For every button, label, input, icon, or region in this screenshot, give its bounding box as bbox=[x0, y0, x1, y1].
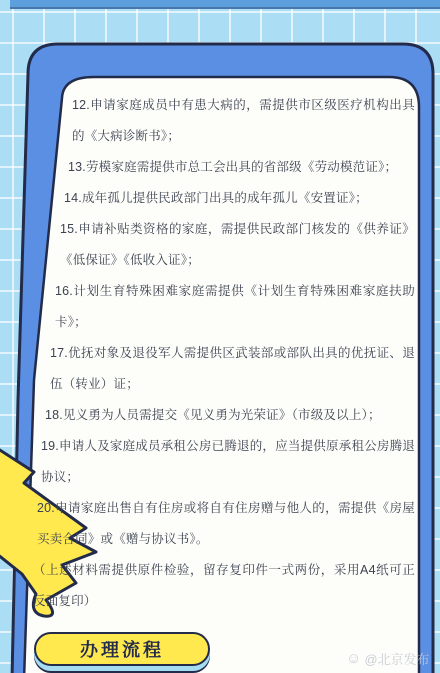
note-text: （上述材料需提供原件检验，留存复印件一式两份，采用A4纸可正反面复印） bbox=[33, 555, 415, 617]
requirements-list: 12.申请家庭成员中有患大病的，需提供市区级医疗机构出具的《大病诊断书》；13.… bbox=[0, 90, 415, 617]
list-item: 12.申请家庭成员中有患大病的，需提供市区级医疗机构出具的《大病诊断书》； bbox=[72, 90, 415, 152]
list-item: 16.计划生育特殊困难家庭需提供《计划生育特殊困难家庭扶助卡》； bbox=[55, 276, 415, 338]
list-item: 13.劳模家庭需提供市总工会出具的省部级《劳动模范证》； bbox=[68, 152, 415, 183]
list-item: 18.见义勇为人员需提交《见义勇为光荣证》（市级及以上）； bbox=[45, 400, 415, 431]
watermark-text: @北京发布 bbox=[364, 649, 429, 668]
list-item: 17.优抚对象及退役军人需提供区武装部或部队出具的优抚证、退伍（转业）证； bbox=[50, 338, 415, 400]
process-flow-button[interactable]: 办理流程 bbox=[34, 632, 210, 666]
list-item: 19.申请人及家庭成员承租公房已腾退的，应当提供原承租公房腾退协议； bbox=[41, 431, 415, 493]
list-item: 20.申请家庭出售自有住房或将自有住房赠与他人的，需提供《房屋买卖合同》或《赠与… bbox=[37, 493, 415, 555]
list-item: 14.成年孤儿提供民政部门出具的成年孤儿《安置证》； bbox=[64, 183, 415, 214]
watermark: ☺ @北京发布 bbox=[346, 649, 430, 668]
weibo-smiley-icon: ☺ bbox=[346, 651, 361, 666]
infographic-canvas: 12.申请家庭成员中有患大病的，需提供市区级医疗机构出具的《大病诊断书》；13.… bbox=[0, 0, 440, 673]
list-item: 15.申请补贴类资格的家庭，需提供民政部门核发的《供养证》《低保证》《低收入证》… bbox=[60, 214, 415, 276]
